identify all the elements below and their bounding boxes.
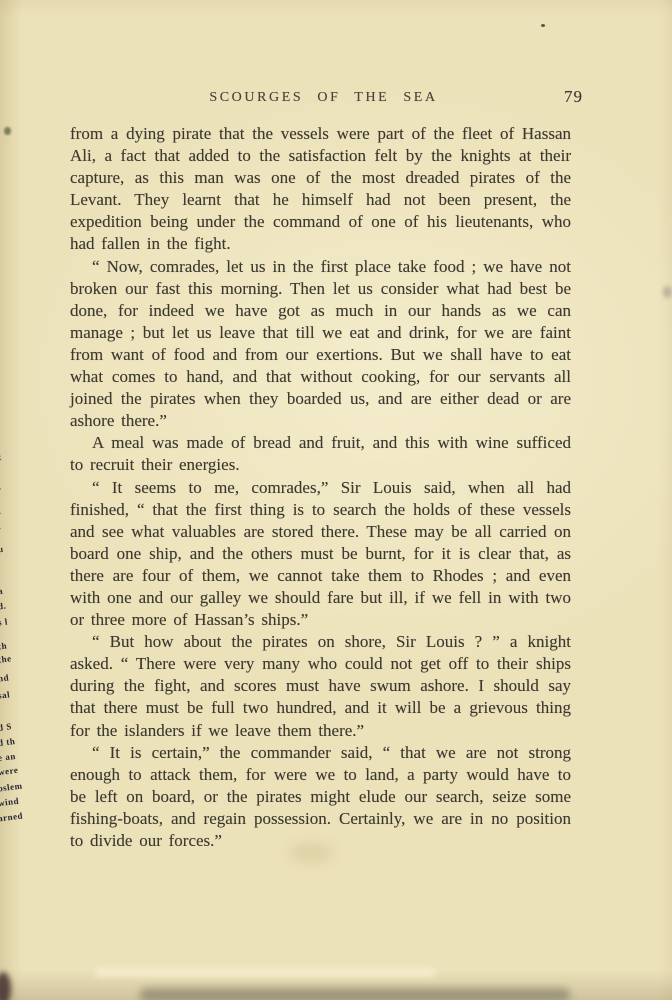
- gutter-text-fragment: s l: [0, 616, 8, 627]
- gutter-text-fragment: arned: [0, 811, 24, 824]
- running-head: SCOURGES OF THE SEA 79: [70, 88, 577, 110]
- page-text: from a dying pirate that the vessels wer…: [70, 123, 571, 852]
- page-edge-highlight: [95, 968, 435, 977]
- paragraph: “ But how about the pirates on shore, Si…: [70, 631, 571, 741]
- ink-speck: [4, 127, 11, 135]
- book-page: SCOURGES OF THE SEA 79 from a dying pira…: [0, 0, 672, 1000]
- paragraph: “ Now, comrades, let us in the first pla…: [70, 256, 571, 433]
- paragraph: “ It seems to me, comrades,” Sir Louis s…: [70, 477, 571, 632]
- gutter-text-fragment: th: [0, 640, 8, 651]
- ink-speck: [541, 24, 545, 27]
- gutter-text-fragment: i: [0, 506, 2, 516]
- paper-stain: [288, 843, 334, 863]
- corner-smudge: [0, 972, 11, 1000]
- running-head-title: SCOURGES OF THE SEA: [70, 90, 577, 106]
- gutter-text-fragment: a: [0, 586, 4, 597]
- gutter-text-fragment: e an: [0, 751, 16, 763]
- gutter-text-fragment: sal: [0, 689, 11, 700]
- gutter-text-fragment: d S: [0, 721, 12, 733]
- gutter-text-fragment: d.: [0, 601, 7, 612]
- page-number: 79: [564, 87, 583, 107]
- paragraph: A meal was made of bread and fruit, and …: [70, 432, 571, 476]
- paragraph: from a dying pirate that the vessels wer…: [70, 123, 571, 256]
- gutter-text-fragment: the: [0, 653, 12, 665]
- gutter-text-fragment: were: [0, 765, 19, 777]
- gutter-text-fragment: wind: [0, 796, 20, 808]
- gutter-text-fragment: t: [0, 452, 2, 462]
- paragraph: “ It is certain,” the commander said, “ …: [70, 742, 571, 852]
- gutter-text-fragment: d th: [0, 736, 16, 748]
- ink-speck: [663, 286, 672, 298]
- gutter-text-fragment: oslem: [0, 781, 23, 794]
- gutter-text-fragment: -: [0, 483, 2, 493]
- gutter-text-fragment: nd: [0, 672, 10, 683]
- gutter-text-fragment: l: [0, 521, 2, 531]
- gutter-text-fragment: u: [0, 544, 4, 555]
- page-edge-shadow: [140, 988, 570, 1000]
